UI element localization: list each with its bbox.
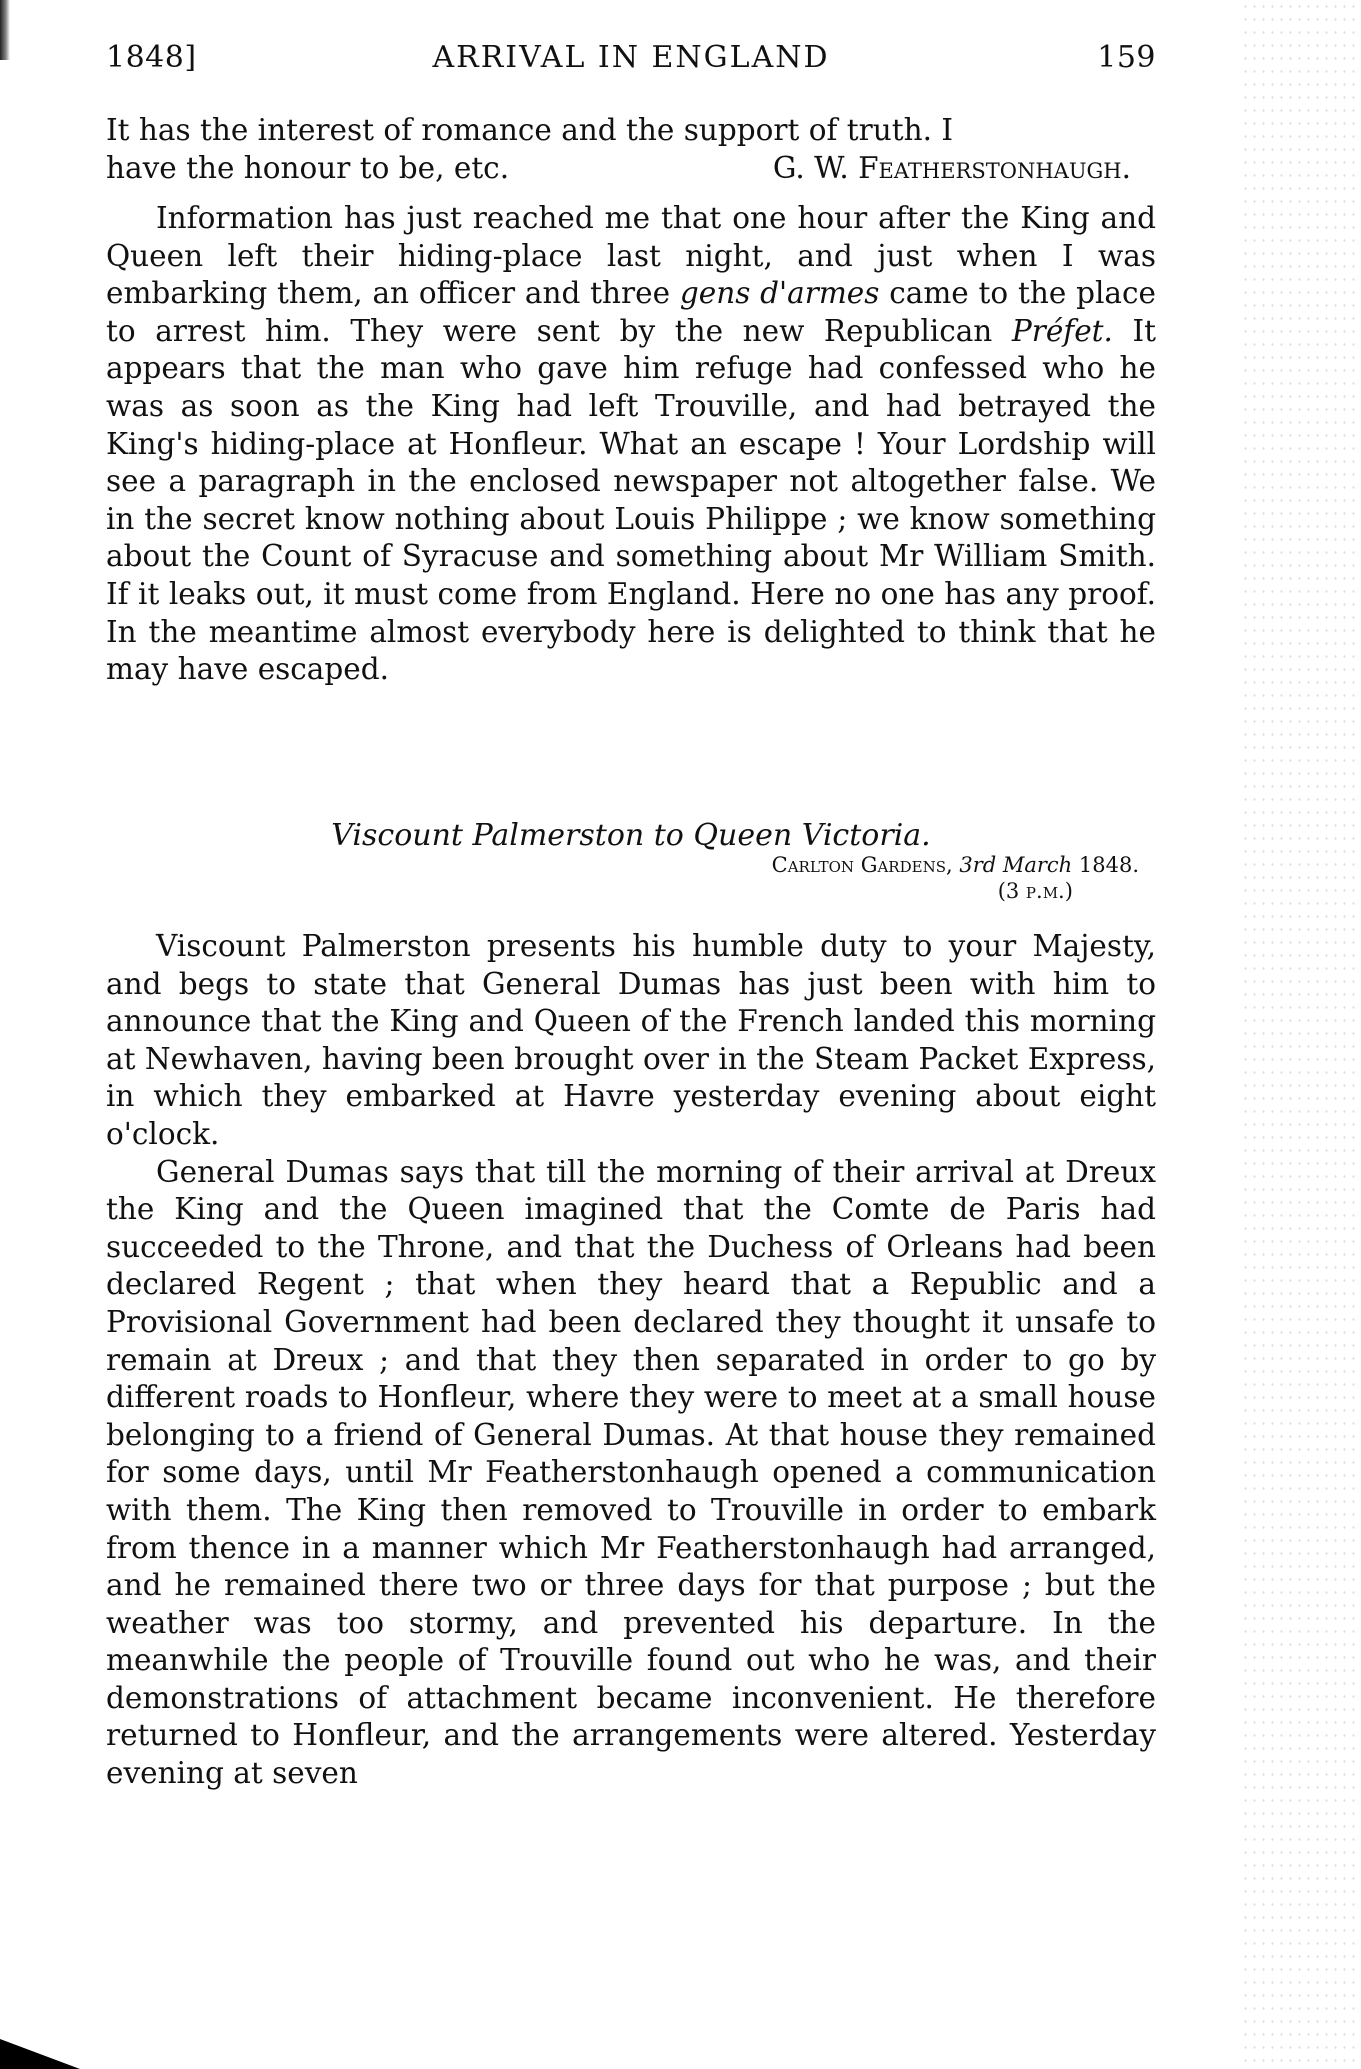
page-corner-shadow <box>0 2039 80 2069</box>
page-number: 159 <box>1097 40 1156 75</box>
page-edge-shadow <box>0 0 10 60</box>
text-run: It appears that the man who gave him ref… <box>106 314 1156 686</box>
scan-noise <box>1241 0 1361 2069</box>
body-paragraph-2: General Dumas says that till the morning… <box>106 1154 1156 1793</box>
body-paragraph-1: Viscount Palmerston presents his humble … <box>106 928 1156 1154</box>
letter2-body: Viscount Palmerston presents his humble … <box>106 928 1156 1793</box>
dateline: Carlton Gardens, 3rd March 1848. (3 p.m.… <box>772 852 1139 904</box>
closing-signature-line: have the honour to be, etc. G. W. Feathe… <box>106 150 1156 188</box>
closing-formula: have the honour to be, etc. <box>106 150 509 188</box>
letter-heading: Viscount Palmerston to Queen Victoria. <box>106 818 1156 853</box>
dateline-year: 1848. <box>1072 853 1139 877</box>
dateline-place: Carlton Gardens, <box>772 853 953 877</box>
letter1-postscript: Information has just reached me that one… <box>106 200 1156 689</box>
book-page: 1848] ARRIVAL IN ENGLAND 159 It has the … <box>0 0 1361 2069</box>
closing-line: It has the interest of romance and the s… <box>106 112 1156 150</box>
letter1-closing: It has the interest of romance and the s… <box>106 112 1156 187</box>
dateline-time: (3 p.m.) <box>772 878 1139 904</box>
signature: G. W. Featherstonhaugh. <box>773 150 1131 188</box>
postscript-paragraph: Information has just reached me that one… <box>106 200 1156 689</box>
italic-run: gens d'armes <box>680 276 880 310</box>
italic-run: Préfet. <box>1012 314 1113 348</box>
header-title: ARRIVAL IN ENGLAND <box>106 40 1156 75</box>
dateline-day: 3rd March <box>953 853 1073 877</box>
running-header: 1848] ARRIVAL IN ENGLAND 159 <box>106 40 1156 86</box>
